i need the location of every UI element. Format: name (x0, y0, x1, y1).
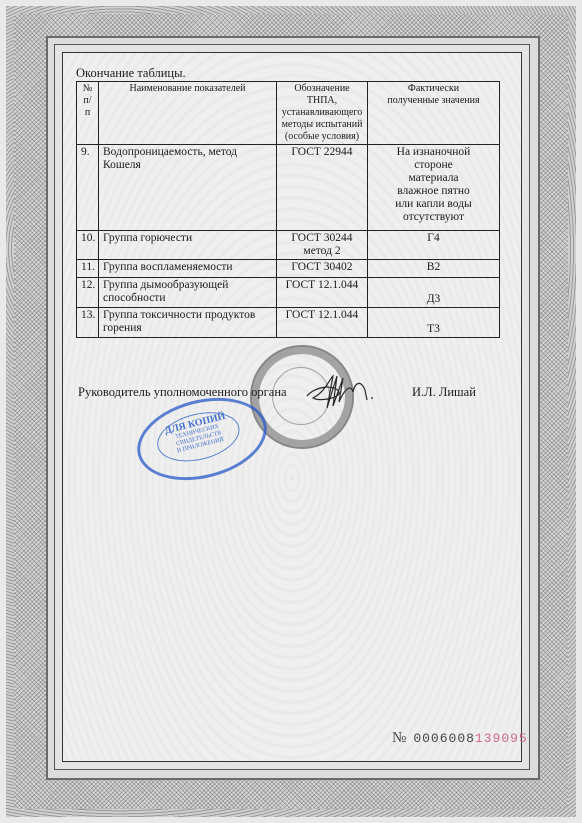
signer-role: Руководитель уполномоченного органа (78, 385, 287, 400)
row-value: Т3 (368, 308, 500, 338)
table-row: 11. Группа воспламеняемости ГОСТ 30402 В… (77, 260, 500, 278)
header-indicator-name: Наименование показателей (99, 82, 277, 145)
handwritten-signature (305, 372, 375, 412)
row-standard: ГОСТ 30244 метод 2 (277, 231, 368, 260)
table-row: 9. Водопроницаемость, метод Кошеля ГОСТ … (77, 145, 500, 231)
row-name: Группа воспламеняемости (99, 260, 277, 278)
row-number: 13. (77, 308, 99, 338)
table-caption: Окончание таблицы. (76, 66, 186, 81)
table-row: 13. Группа токсичности продуктов горения… (77, 308, 500, 338)
row-number: 9. (77, 145, 99, 231)
row-number: 11. (77, 260, 99, 278)
row-standard: ГОСТ 22944 (277, 145, 368, 231)
row-number: 10. (77, 231, 99, 260)
serial-number: №0006008139095 (392, 730, 528, 747)
table-row: 12. Группа дымообразующей способности ГО… (77, 278, 500, 308)
row-value: Г4 (368, 231, 500, 260)
table-row: 10. Группа горючести ГОСТ 30244 метод 2 … (77, 231, 500, 260)
row-number: 12. (77, 278, 99, 308)
row-standard: ГОСТ 12.1.044 (277, 308, 368, 338)
header-actual-values: Фактически полученные значения (368, 82, 500, 145)
row-name: Группа горючести (99, 231, 277, 260)
row-standard: ГОСТ 12.1.044 (277, 278, 368, 308)
header-number: № п/п (77, 82, 99, 145)
row-value: В2 (368, 260, 500, 278)
specs-table: № п/п Наименование показателей Обозначен… (76, 81, 500, 338)
table-header-row: № п/п Наименование показателей Обозначен… (77, 82, 500, 145)
row-name: Группа дымообразующей способности (99, 278, 277, 308)
serial-red: 139095 (475, 731, 528, 746)
row-name: Водопроницаемость, метод Кошеля (99, 145, 277, 231)
row-standard: ГОСТ 30402 (277, 260, 368, 278)
row-value: На изнаночной стороне материала влажное … (368, 145, 500, 231)
header-standard: Обозначение ТНПА, устанавливающего метод… (277, 82, 368, 145)
number-sign: № (392, 730, 407, 746)
stamp-inner-oval: ДЛЯ КОПИЙ ТЕХНИЧЕСКИХ СВИДЕТЕЛЬСТВ И ПРИ… (152, 404, 245, 469)
signer-name: И.Л. Лишай (412, 385, 476, 400)
serial-black: 0006008 (413, 731, 475, 746)
row-name: Группа токсичности продуктов горения (99, 308, 277, 338)
row-value: Д3 (368, 278, 500, 308)
